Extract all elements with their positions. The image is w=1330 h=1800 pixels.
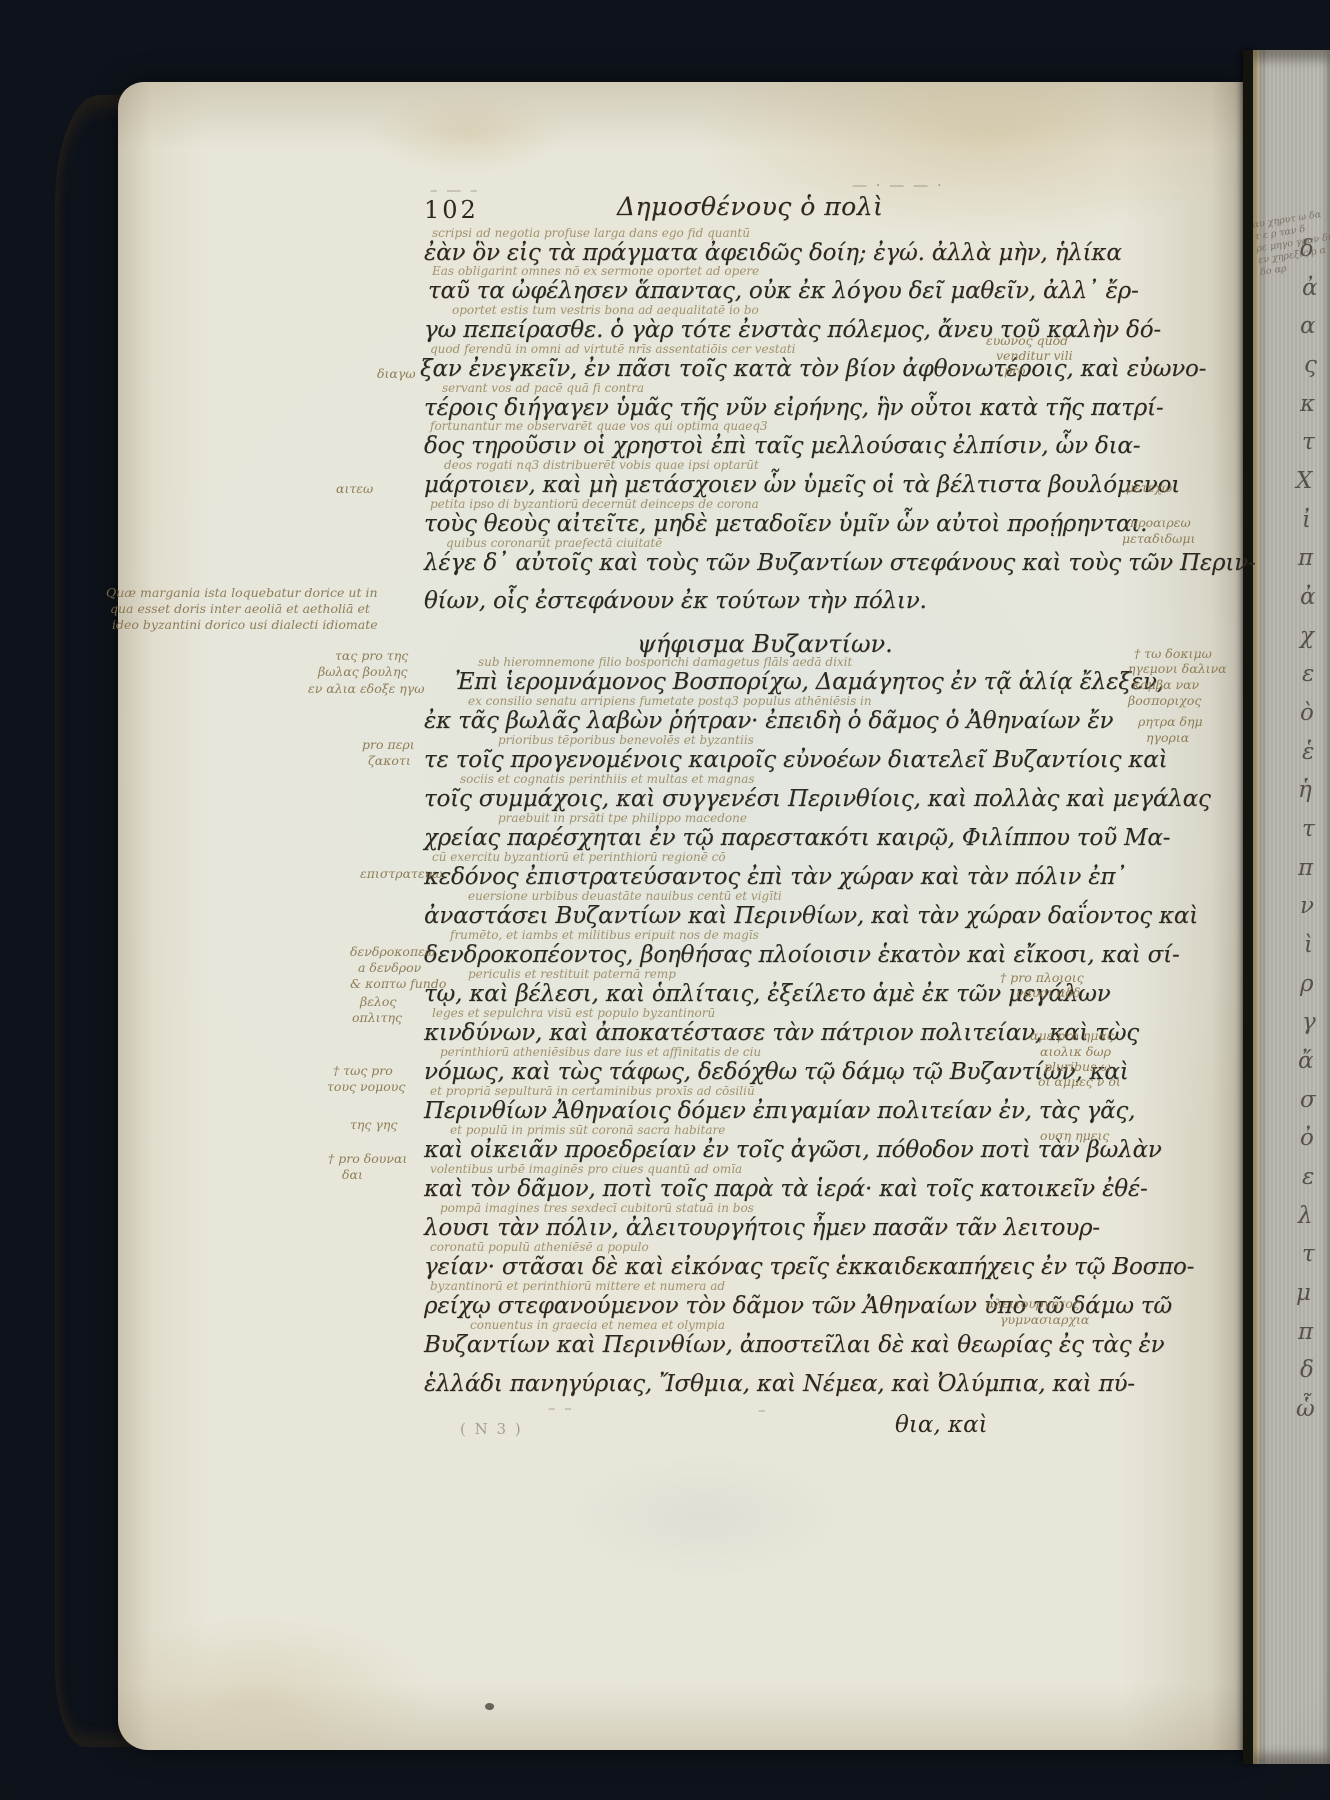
book-photograph: 102 Δημοσθένους ὁ πολὶ ἐὰν ὃν εἰς τὰ πρά… <box>0 0 1330 1800</box>
gutter-shadow <box>1243 50 1253 1764</box>
manuscript-page <box>118 82 1245 1750</box>
facing-page-edge <box>1253 50 1330 1764</box>
